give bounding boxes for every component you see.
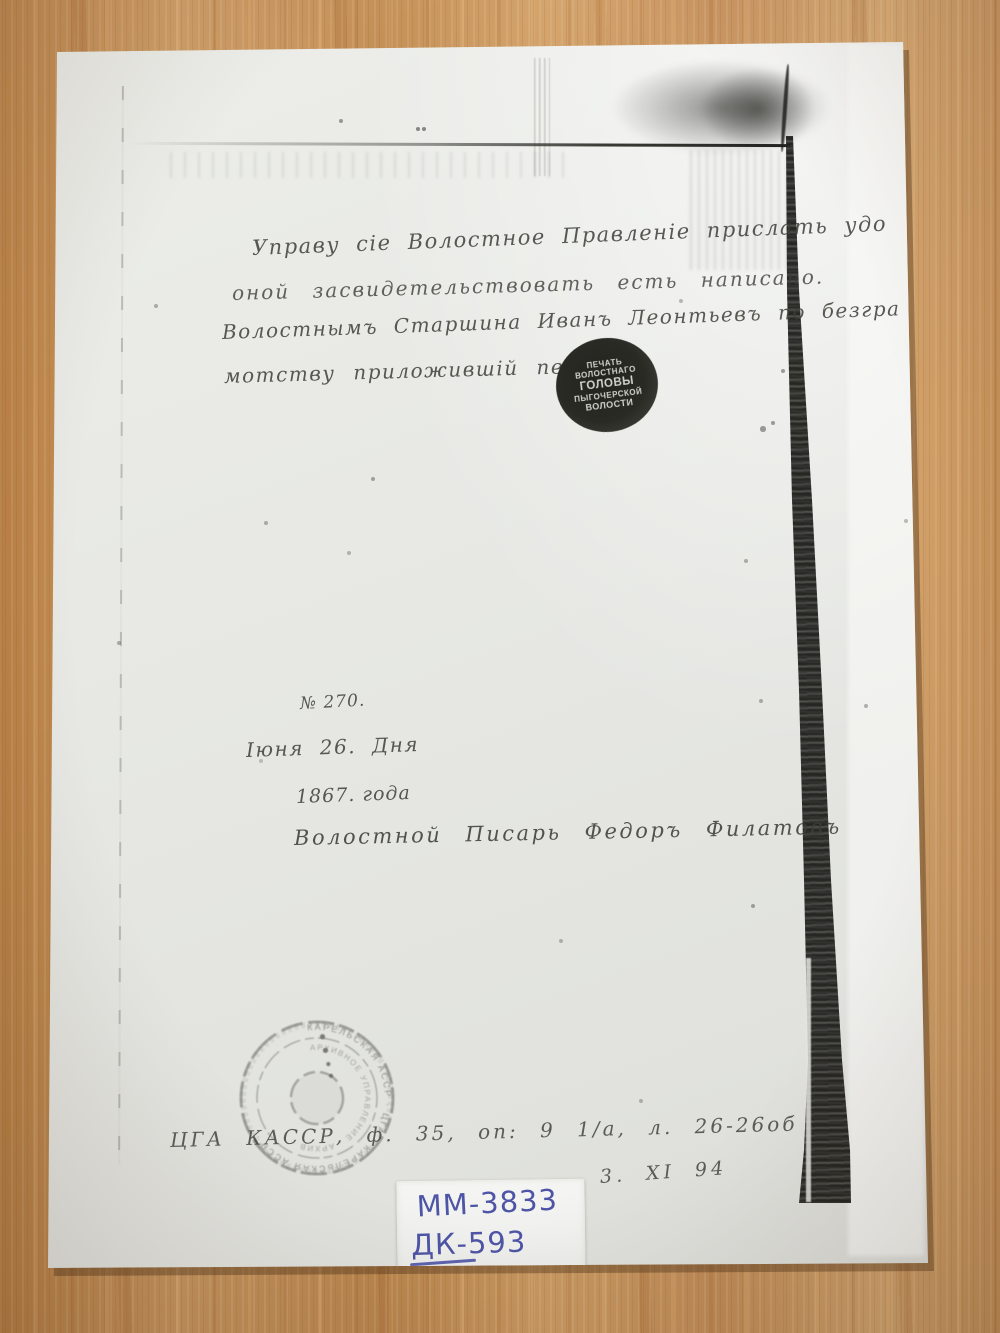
photo-vignette	[0, 0, 1000, 1333]
photo-scene: Управу сіе Волостное Правленіе прислать …	[0, 0, 1000, 1333]
